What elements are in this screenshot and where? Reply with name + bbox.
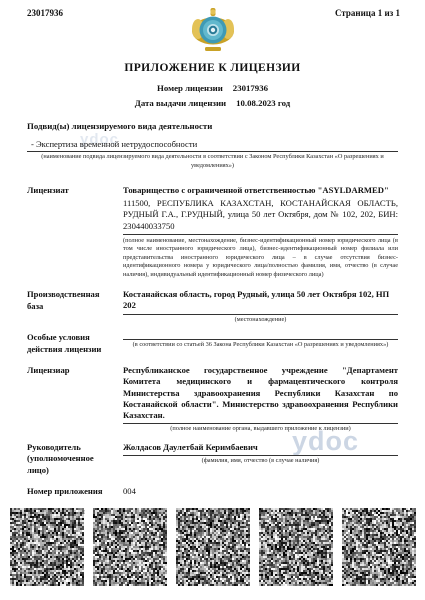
- license-issue-date-line: Дата выдачи лицензии10.08.2023 год: [27, 98, 398, 108]
- licensee-label: Лицензиат: [27, 185, 123, 197]
- license-issue-date-label: Дата выдачи лицензии: [135, 98, 226, 108]
- licensor-value: Республиканское государственное учрежден…: [123, 365, 398, 424]
- special-conditions-label: Особые условия действия лицензии: [27, 332, 123, 355]
- head-caption: (фамилия, имя, отчество (в случае наличи…: [123, 457, 398, 466]
- license-number-value: 23017936: [233, 83, 268, 93]
- licensor-label: Лицензиар: [27, 365, 123, 377]
- barcode-strip: [10, 508, 416, 586]
- appendix-number-value: 004: [123, 486, 398, 497]
- document-number-header: 23017936: [27, 8, 63, 18]
- license-appendix-document: ПРИЛОЖЕНИЕ К ЛИЦЕНЗИИ Номер лицензии2301…: [27, 62, 398, 566]
- subtype-caption: (наименование подвида лицензируемого вид…: [27, 153, 398, 170]
- licensor-row: Лицензиар Республиканское государственно…: [27, 365, 398, 433]
- license-number-label: Номер лицензии: [157, 83, 223, 93]
- head-row: Руководитель (уполномоченное лицо) Жолда…: [27, 442, 398, 477]
- head-value: Жолдасов Даулетбай Керимбаевич: [123, 442, 398, 456]
- datamatrix-barcode: [10, 508, 84, 586]
- special-conditions-row: Особые условия действия лицензии (в соот…: [27, 332, 398, 355]
- special-conditions-caption: (в соответствии со статьей 36 Закона Рес…: [123, 341, 398, 350]
- production-base-label: Производственная база: [27, 289, 123, 312]
- production-base-row: Производственная база Костанайская облас…: [27, 289, 398, 324]
- appendix-number-row: Номер приложения 004: [27, 486, 398, 498]
- datamatrix-barcode: [176, 508, 250, 586]
- kazakhstan-coat-of-arms-icon: [191, 7, 235, 58]
- subtype-value: - Экспертиза временной нетрудоспособност…: [27, 139, 398, 152]
- production-base-caption: (местонахождение): [123, 316, 398, 325]
- production-base-value: Костанайская область, город Рудный, улиц…: [123, 289, 398, 314]
- license-issue-date-value: 10.08.2023 год: [236, 98, 290, 108]
- licensee-address: 111500, РЕСПУБЛИКА КАЗАХСТАН, КОСТАНАЙСК…: [123, 198, 398, 235]
- datamatrix-barcode: [93, 508, 167, 586]
- datamatrix-barcode: [259, 508, 333, 586]
- license-number-line: Номер лицензии23017936: [27, 83, 398, 93]
- head-label: Руководитель (уполномоченное лицо): [27, 442, 123, 477]
- licensee-caption: (полное наименование, местонахождение, б…: [123, 237, 398, 280]
- licensee-row: Лицензиат Товарищество с ограниченной от…: [27, 185, 398, 279]
- subtype-heading: Подвид(ы) лицензируемого вида деятельнос…: [27, 121, 398, 131]
- page-title: ПРИЛОЖЕНИЕ К ЛИЦЕНЗИИ: [27, 62, 398, 74]
- licensee-name: Товарищество с ограниченной ответственно…: [123, 185, 398, 196]
- datamatrix-barcode: [342, 508, 416, 586]
- appendix-number-label: Номер приложения: [27, 486, 123, 498]
- licensor-caption: (полное наименование органа, выдавшего п…: [123, 425, 398, 434]
- page-indicator: Страница 1 из 1: [335, 8, 400, 18]
